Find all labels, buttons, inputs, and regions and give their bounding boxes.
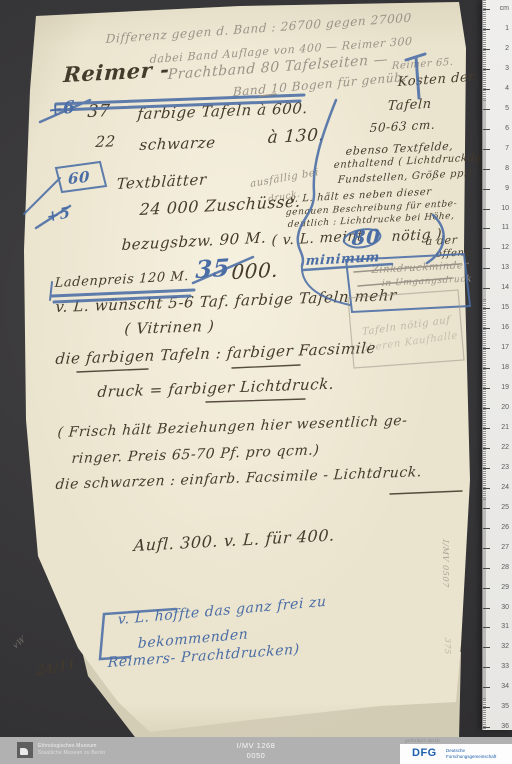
- blue-strike-35000: [193, 257, 253, 283]
- ruler-number: 35: [489, 703, 509, 710]
- ruler-number: 32: [489, 643, 509, 650]
- ruler-number: 12: [489, 244, 509, 251]
- blue-corner-mark: [406, 54, 425, 98]
- blue-bottom-bracket: [100, 609, 176, 659]
- ruler-number: 26: [489, 524, 509, 531]
- ink-underline-farbigen: [77, 369, 148, 372]
- pencil-box-lower-right: [348, 290, 464, 368]
- ruler-number: 36: [489, 723, 509, 730]
- blue-diagonal-60: [24, 178, 60, 214]
- ink-underline-farbiger: [232, 365, 300, 368]
- ruler-number: 5: [489, 105, 509, 112]
- ink-underline-lichtdruck-1: [206, 399, 305, 402]
- ruler-number: 22: [489, 444, 509, 451]
- funding-note: gefördert durch: [405, 738, 440, 743]
- blue-slash-plus5: [36, 206, 70, 228]
- ruler-number: 31: [489, 623, 509, 630]
- ruler-number: 17: [489, 344, 509, 351]
- ruler-number: 8: [489, 165, 509, 172]
- ruler-number: 18: [489, 364, 509, 371]
- ruler-number: 25: [489, 504, 509, 511]
- ruler-number: 34: [489, 683, 509, 690]
- ruler-number: 30: [489, 604, 509, 611]
- ruler-number: 9: [489, 185, 509, 192]
- funder-block: gefördert durch DFG Deutsche Forschungsg…: [400, 744, 512, 764]
- ruler-number: 29: [489, 584, 509, 591]
- blue-circle-80: [344, 229, 380, 247]
- ruler-number: 20: [489, 404, 509, 411]
- ruler-number: 2: [489, 45, 509, 52]
- footer-bar: Ethnologisches Museum Staatliche Museen …: [0, 737, 512, 764]
- ruler-number: 7: [489, 145, 509, 152]
- ruler-number: 28: [489, 564, 509, 571]
- blue-underline-ladenpreis-1: [52, 290, 194, 296]
- ruler-number: 4: [489, 85, 509, 92]
- funder-name: Deutsche Forschungsgemeinschaft: [446, 748, 496, 760]
- ruler-number: 11: [489, 224, 509, 231]
- ruler-number: 1: [489, 25, 509, 32]
- ruler-number: 19: [489, 384, 509, 391]
- blue-underline-ladenpreis-2: [54, 296, 190, 302]
- ruler-number: 10: [489, 205, 509, 212]
- ruler-number: 24: [489, 484, 509, 491]
- ruler-number: 14: [489, 284, 509, 291]
- ruler-number: 23: [489, 464, 509, 471]
- ruler-number: 27: [489, 544, 509, 551]
- ruler-number: cm: [489, 5, 509, 12]
- blue-box-zinkdruck: [346, 254, 470, 312]
- blue-long-brace: [298, 100, 336, 266]
- blue-box-60: [56, 162, 106, 192]
- ruler-number: 16: [489, 324, 509, 331]
- pencil-strike-2: [358, 278, 452, 286]
- ink-underline-lichtdruck-2: [390, 491, 462, 494]
- ruler-number: 13: [489, 264, 509, 271]
- cm-ruler: cm12345678910111213141516171819202122232…: [482, 0, 512, 730]
- ruler-number: 33: [489, 663, 509, 670]
- ruler-number: 21: [489, 424, 509, 431]
- annotation-strokes: [0, 0, 512, 764]
- scan-viewer: Differenz gegen d. Band : 26700 gegen 27…: [0, 0, 512, 764]
- dfg-logo: DFG: [412, 747, 437, 759]
- ruler-number: 3: [489, 65, 509, 72]
- ruler-number: 15: [489, 304, 509, 311]
- ruler-number: 6: [489, 125, 509, 132]
